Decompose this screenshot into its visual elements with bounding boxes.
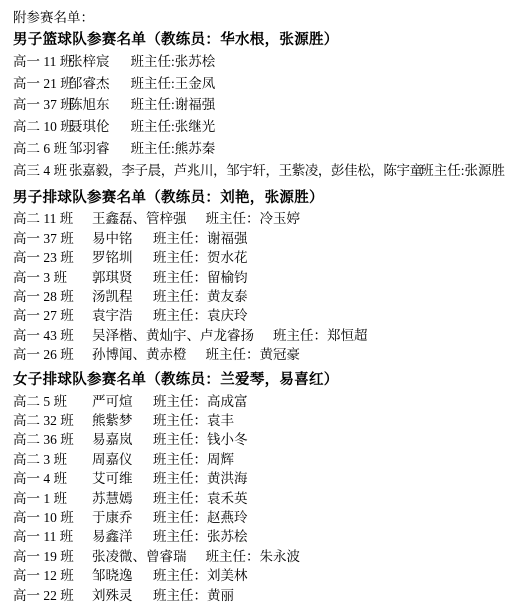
- roster-row: 高一 22 班 刘殊灵 班主任：黄丽: [13, 584, 505, 602]
- class-label: 高一 37 班: [13, 93, 69, 113]
- roster-row: 高一 1 班 苏慧嫣 班主任：袁禾英: [13, 487, 505, 506]
- teacher-label: 班主任：黄冠豪: [206, 343, 301, 363]
- class-label: 高一 21 班: [13, 72, 69, 92]
- class-label: 高一 1 班: [13, 487, 92, 507]
- student-names: 聂琪伦: [69, 115, 110, 135]
- roster-row: 高一 11 班 易鑫洋 班主任：张苏桧: [13, 526, 505, 545]
- teacher-label: 班主任:张苏桧: [131, 50, 216, 70]
- teacher-label: 班主任：高成富: [153, 390, 248, 410]
- roster-row: 高二 3 班 周嘉仪 班主任：周辉: [13, 448, 505, 467]
- teacher-label: 班主任:熊苏秦: [131, 137, 216, 157]
- class-label: 高一 19 班: [13, 545, 92, 565]
- section-womens-volleyball: 女子排球队参赛名单（教练员：兰爱琴，易喜红） 高二 5 班 严可煊 班主任：高成…: [13, 368, 505, 602]
- teacher-label: 班主任：黄友泰: [153, 285, 248, 305]
- class-label: 高一 3 班: [13, 266, 92, 286]
- class-label: 高一 37 班: [13, 227, 92, 247]
- page-title: 附参赛名单：: [13, 5, 505, 27]
- roster-row: 高一 4 班 艾可维 班主任：黄洪海: [13, 467, 505, 486]
- student-names: 于康乔: [92, 506, 134, 526]
- roster-row: 高二 11 班 王鑫磊、管梓强 班主任：冷玉婷: [13, 208, 505, 227]
- student-names: 汤凯程: [92, 285, 134, 305]
- student-names: 陈旭东: [69, 93, 110, 113]
- class-label: 高一 10 班: [13, 506, 92, 526]
- teacher-label: 班主任：钱小冬: [153, 428, 248, 448]
- section-mens-volleyball: 男子排球队参赛名单（教练员：刘艳，张源胜） 高二 11 班 王鑫磊、管梓强 班主…: [13, 186, 505, 363]
- teacher-label: 班主任:张源胜: [420, 159, 505, 179]
- teacher-label: 班主任：冷玉婷: [206, 207, 301, 227]
- class-label: 高一 4 班: [13, 467, 92, 487]
- class-label: 高二 6 班: [13, 137, 69, 157]
- class-label: 高二 32 班: [13, 409, 92, 429]
- teacher-label: 班主任：贺水花: [153, 246, 248, 266]
- student-names: 张凌微、曾睿瑞: [92, 545, 187, 565]
- student-names: 严可煊: [92, 390, 134, 410]
- teacher-label: 班主任：黄丽: [153, 584, 234, 602]
- class-label: 高二 5 班: [13, 390, 92, 410]
- class-label: 高一 22 班: [13, 584, 92, 602]
- roster-row: 高一 12 班 邹晓逸 班主任：刘美林: [13, 564, 505, 583]
- class-label: 高三 4 班: [13, 159, 69, 179]
- teacher-label: 班主任:谢福强: [131, 93, 216, 113]
- student-names: 周嘉仪: [92, 448, 134, 468]
- teacher-label: 班主任：赵燕玲: [153, 506, 248, 526]
- section-header-mens-volleyball: 男子排球队参赛名单（教练员：刘艳，张源胜）: [13, 186, 505, 208]
- teacher-label: 班主任：周辉: [153, 448, 234, 468]
- roster-row: 高三 4 班 张嘉毅，李子晨，芦兆川，邹宇轩，王紫凌，彭佳松，陈宇童 班主任:张…: [13, 158, 505, 180]
- student-names: 王鑫磊、管梓强: [92, 207, 187, 227]
- teacher-label: 班主任：留榆钧: [153, 266, 248, 286]
- student-names: 易中铭: [92, 227, 134, 247]
- class-label: 高一 11 班: [13, 50, 69, 70]
- student-names: 邹羽睿: [69, 137, 110, 157]
- student-names: 袁宇浩: [92, 304, 134, 324]
- student-names: 易嘉岚: [92, 428, 134, 448]
- student-names: 苏慧嫣: [92, 487, 134, 507]
- student-names: 吴泽楷、黄灿宇、卢龙睿扬: [92, 324, 254, 344]
- roster-row: 高二 6 班 邹羽睿 班主任:熊苏秦: [13, 136, 505, 158]
- teacher-label: 班主任：袁庆玲: [153, 304, 248, 324]
- teacher-label: 班主任：袁禾英: [153, 487, 248, 507]
- student-names: 张梓宸: [69, 50, 110, 70]
- class-label: 高一 23 班: [13, 246, 92, 266]
- student-names: 刘殊灵: [92, 584, 134, 602]
- roster-row: 高一 26 班 孙博闻、黄赤橙 班主任：黄冠豪: [13, 344, 505, 363]
- student-names: 孙博闻、黄赤橙: [92, 343, 187, 363]
- roster-row: 高一 37 班 陈旭东 班主任:谢福强: [13, 93, 505, 115]
- class-label: 高一 27 班: [13, 304, 92, 324]
- student-names: 熊紫梦: [92, 409, 134, 429]
- teacher-label: 班主任：袁丰: [153, 409, 234, 429]
- roster-row: 高一 21 班 邹睿杰 班主任:王金凤: [13, 71, 505, 93]
- class-label: 高二 11 班: [13, 207, 92, 227]
- class-label: 高一 43 班: [13, 324, 92, 344]
- class-label: 高二 3 班: [13, 448, 92, 468]
- roster-row: 高二 10 班 聂琪伦 班主任:张继光: [13, 114, 505, 136]
- roster-row: 高一 3 班 郭琪贤 班主任：留榆钧: [13, 266, 505, 285]
- section-header-womens-volleyball: 女子排球队参赛名单（教练员：兰爱琴，易喜红）: [13, 368, 505, 390]
- roster-row: 高一 43 班 吴泽楷、黄灿宇、卢龙睿扬 班主任：郑恒超: [13, 324, 505, 343]
- teacher-label: 班主任:王金凤: [131, 72, 216, 92]
- student-names: 邹晓逸: [92, 564, 134, 584]
- student-names: 邹睿杰: [69, 72, 110, 92]
- teacher-label: 班主任：郑恒超: [273, 324, 368, 344]
- student-names: 郭琪贤: [92, 266, 134, 286]
- teacher-label: 班主任：黄洪海: [153, 467, 248, 487]
- roster-row: 高二 36 班 易嘉岚 班主任：钱小冬: [13, 429, 505, 448]
- class-label: 高一 28 班: [13, 285, 92, 305]
- roster-row: 高一 28 班 汤凯程 班主任：黄友泰: [13, 285, 505, 304]
- section-header-mens-basketball: 男子篮球队参赛名单（教练员：华水根，张源胜）: [13, 27, 505, 49]
- roster-row: 高二 5 班 严可煊 班主任：高成富: [13, 390, 505, 409]
- student-names: 艾可维: [92, 467, 134, 487]
- roster-row: 高一 19 班 张凌微、曾睿瑞 班主任：朱永波: [13, 545, 505, 564]
- teacher-label: 班主任：张苏桧: [153, 525, 248, 545]
- roster-document: 附参赛名单： 男子篮球队参赛名单（教练员：华水根，张源胜） 高一 11 班 张梓…: [0, 0, 509, 602]
- roster-row: 高一 23 班 罗铭圳 班主任：贺水花: [13, 247, 505, 266]
- class-label: 高一 26 班: [13, 343, 92, 363]
- teacher-label: 班主任:张继光: [131, 115, 216, 135]
- teacher-label: 班主任：朱永波: [206, 545, 301, 565]
- roster-row: 高一 27 班 袁宇浩 班主任：袁庆玲: [13, 305, 505, 324]
- teacher-label: 班主任：谢福强: [153, 227, 248, 247]
- student-names: 罗铭圳: [92, 246, 134, 266]
- student-names: 张嘉毅，李子晨，芦兆川，邹宇轩，王紫凌，彭佳松，陈宇童: [69, 159, 414, 179]
- class-label: 高一 11 班: [13, 525, 92, 545]
- student-names: 易鑫洋: [92, 525, 134, 545]
- roster-row: 高一 37 班 易中铭 班主任：谢福强: [13, 227, 505, 246]
- class-label: 高二 36 班: [13, 428, 92, 448]
- class-label: 高二 10 班: [13, 115, 69, 135]
- roster-row: 高二 32 班 熊紫梦 班主任：袁丰: [13, 409, 505, 428]
- class-label: 高一 12 班: [13, 564, 92, 584]
- section-mens-basketball: 男子篮球队参赛名单（教练员：华水根，张源胜） 高一 11 班 张梓宸 班主任:张…: [13, 27, 505, 180]
- teacher-label: 班主任：刘美林: [153, 564, 248, 584]
- roster-row: 高一 11 班 张梓宸 班主任:张苏桧: [13, 49, 505, 71]
- roster-row: 高一 10 班 于康乔 班主任：赵燕玲: [13, 506, 505, 525]
